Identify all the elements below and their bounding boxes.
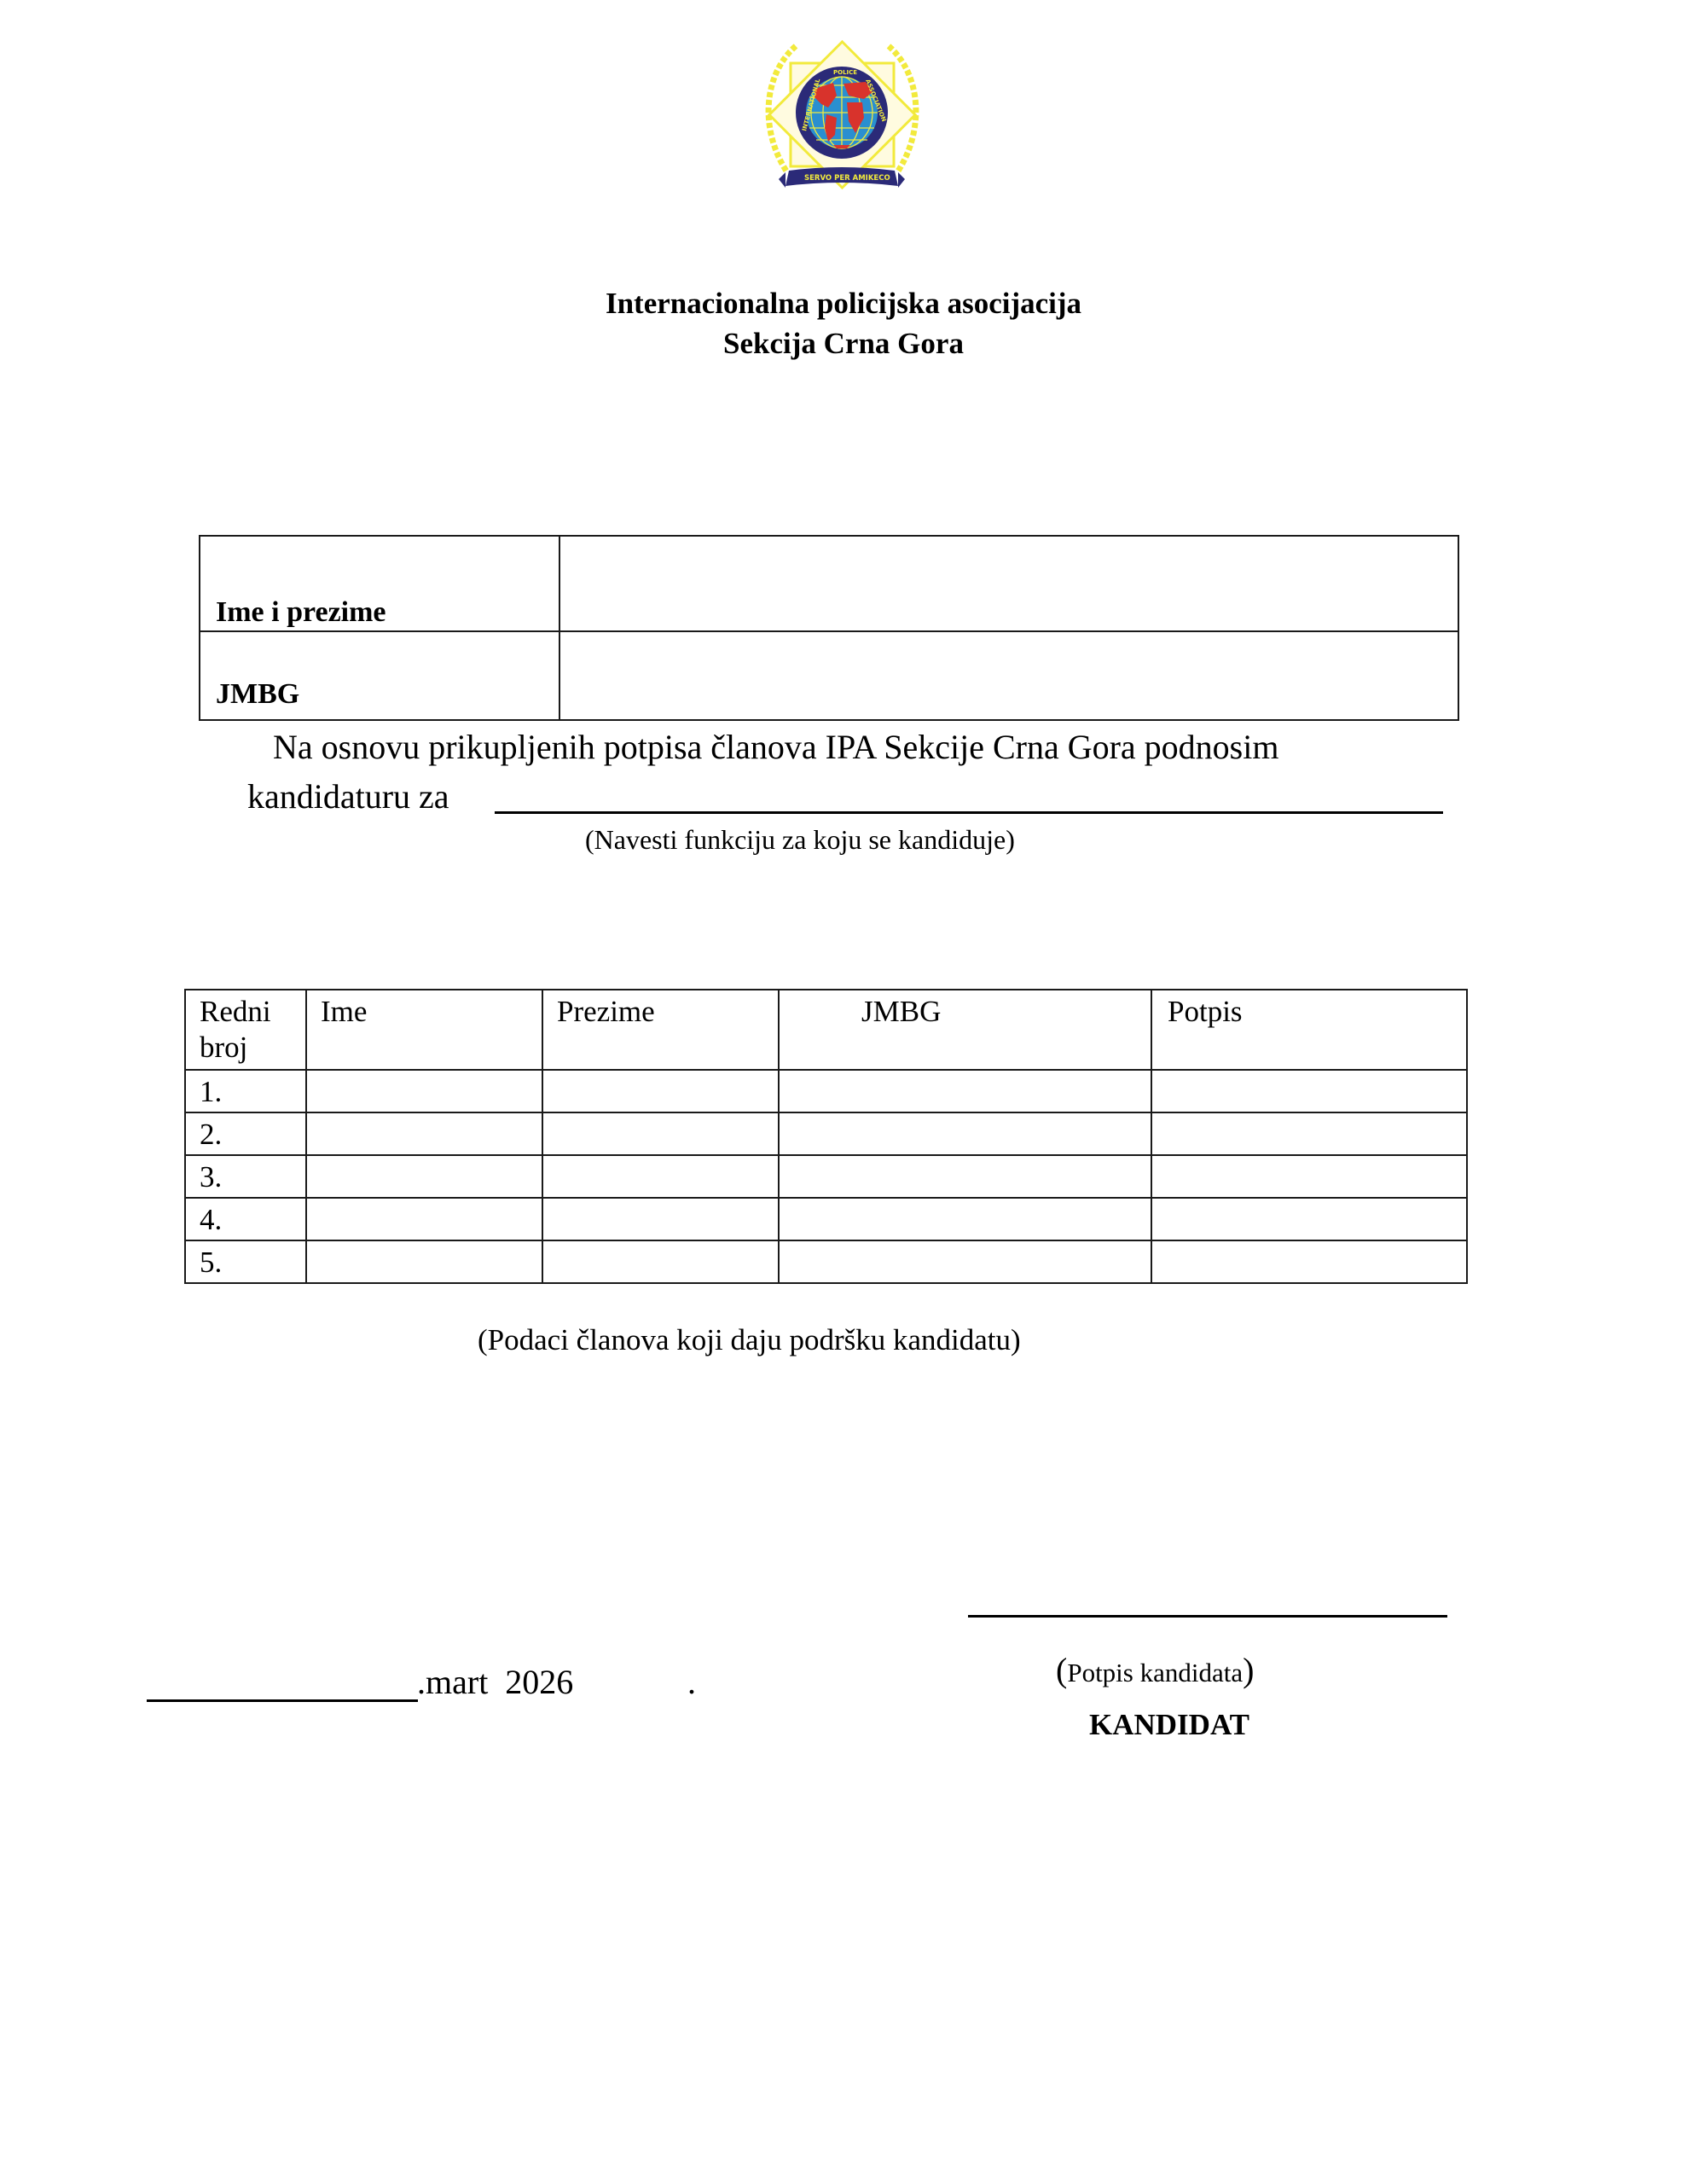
signature-caption-close-paren: ) bbox=[1243, 1651, 1254, 1689]
column-header-no-line2: broj bbox=[200, 1030, 305, 1066]
row-number: 5. bbox=[200, 1241, 305, 1281]
ime-cell bbox=[306, 1240, 542, 1283]
column-header-ime-label: Ime bbox=[307, 990, 542, 1030]
potpis-field[interactable] bbox=[1152, 1071, 1466, 1110]
prezime-field[interactable] bbox=[543, 1113, 778, 1153]
column-header-jmbg: JMBG bbox=[779, 990, 1151, 1070]
ipa-emblem-icon: POLICE INTERNATIONAL ASSOCIATION SERVO P… bbox=[755, 36, 930, 198]
row-number-cell: 3. bbox=[185, 1155, 306, 1198]
date-underline bbox=[147, 1699, 418, 1702]
jmbg-field[interactable] bbox=[780, 1241, 1151, 1281]
ime-field[interactable] bbox=[307, 1199, 542, 1238]
supporters-table-caption: (Podaci članova koji daju podršku kandid… bbox=[478, 1325, 1021, 1355]
ime-cell bbox=[306, 1112, 542, 1155]
ime-field[interactable] bbox=[307, 1156, 542, 1195]
jmbg-field[interactable] bbox=[780, 1113, 1151, 1153]
potpis-cell bbox=[1151, 1198, 1467, 1240]
row-number-cell: 2. bbox=[185, 1112, 306, 1155]
ime-cell bbox=[306, 1155, 542, 1198]
prezime-cell bbox=[542, 1240, 779, 1283]
prezime-cell bbox=[542, 1070, 779, 1112]
function-hint: (Navesti funkciju za koju se kandiduje) bbox=[585, 826, 1015, 853]
date-month-year: .mart 2026 bbox=[417, 1665, 573, 1699]
row-number: 1. bbox=[200, 1071, 305, 1110]
full-name-label: Ime i prezime bbox=[216, 598, 386, 627]
prezime-cell bbox=[542, 1155, 779, 1198]
table-row: 4. bbox=[185, 1198, 1467, 1240]
organization-name: Internacionalna policijska asocijacija bbox=[0, 288, 1687, 318]
ime-cell bbox=[306, 1198, 542, 1240]
column-header-prezime: Prezime bbox=[542, 990, 779, 1070]
jmbg-field[interactable] bbox=[780, 1156, 1151, 1195]
section-name: Sekcija Crna Gora bbox=[0, 328, 1687, 358]
column-header-no-line1: Redni bbox=[200, 990, 305, 1030]
potpis-field[interactable] bbox=[1152, 1113, 1466, 1153]
prezime-field[interactable] bbox=[543, 1156, 778, 1195]
jmbg-field[interactable] bbox=[780, 1199, 1151, 1238]
nomination-statement-line2: kandidaturu za bbox=[247, 780, 449, 814]
potpis-cell bbox=[1151, 1240, 1467, 1283]
ime-field[interactable] bbox=[307, 1113, 542, 1153]
full-name-field[interactable] bbox=[562, 538, 1456, 629]
signature-line[interactable] bbox=[968, 1615, 1447, 1618]
jmbg-cell bbox=[779, 1070, 1151, 1112]
prezime-field[interactable] bbox=[543, 1241, 778, 1281]
ipa-logo: POLICE INTERNATIONAL ASSOCIATION SERVO P… bbox=[755, 36, 930, 198]
signature-caption-text: Potpis kandidata bbox=[1067, 1658, 1243, 1687]
potpis-cell bbox=[1151, 1112, 1467, 1155]
column-header-no: Redni broj bbox=[185, 990, 306, 1070]
row-number: 4. bbox=[200, 1199, 305, 1238]
column-header-ime: Ime bbox=[306, 990, 542, 1070]
ime-field[interactable] bbox=[307, 1241, 542, 1281]
potpis-field[interactable] bbox=[1152, 1241, 1466, 1281]
prezime-cell bbox=[542, 1198, 779, 1240]
potpis-field[interactable] bbox=[1152, 1156, 1466, 1195]
function-underline bbox=[495, 811, 1443, 814]
column-header-potpis: Potpis bbox=[1151, 990, 1467, 1070]
column-header-jmbg-label: JMBG bbox=[780, 990, 1151, 1030]
table-row: 2. bbox=[185, 1112, 1467, 1155]
nomination-statement-line1: Na osnovu prikupljenih potpisa članova I… bbox=[273, 730, 1278, 764]
table-row: 3. bbox=[185, 1155, 1467, 1198]
logo-ring-top-text: POLICE bbox=[833, 69, 857, 76]
prezime-field[interactable] bbox=[543, 1199, 778, 1238]
jmbg-label: JMBG bbox=[216, 680, 299, 709]
jmbg-field[interactable] bbox=[780, 1071, 1151, 1110]
jmbg-cell bbox=[779, 1112, 1151, 1155]
column-header-prezime-label: Prezime bbox=[543, 990, 778, 1030]
signature-caption-open-paren: ( bbox=[1056, 1651, 1067, 1689]
signature-role: KANDIDAT bbox=[1089, 1710, 1249, 1740]
date-day-field[interactable] bbox=[150, 1660, 418, 1698]
table-divider bbox=[559, 537, 560, 719]
row-number-cell: 5. bbox=[185, 1240, 306, 1283]
table-row: 1. bbox=[185, 1070, 1467, 1112]
prezime-field[interactable] bbox=[543, 1071, 778, 1110]
jmbg-cell bbox=[779, 1155, 1151, 1198]
jmbg-field[interactable] bbox=[562, 634, 1456, 719]
potpis-cell bbox=[1151, 1155, 1467, 1198]
supporters-table: Redni broj Ime Prezime JMBG Potpis 1. 2.… bbox=[184, 989, 1468, 1284]
ime-cell bbox=[306, 1070, 542, 1112]
signature-caption: (Potpis kandidata) bbox=[1056, 1653, 1254, 1687]
jmbg-cell bbox=[779, 1198, 1151, 1240]
function-field[interactable] bbox=[498, 775, 1440, 810]
potpis-field[interactable] bbox=[1152, 1199, 1466, 1238]
prezime-cell bbox=[542, 1112, 779, 1155]
candidate-info-table: Ime i prezime JMBG bbox=[199, 535, 1459, 721]
ime-field[interactable] bbox=[307, 1071, 542, 1110]
row-number: 3. bbox=[200, 1156, 305, 1195]
date-trailing-dot: . bbox=[687, 1665, 696, 1699]
column-header-potpis-label: Potpis bbox=[1152, 990, 1466, 1030]
row-number-cell: 4. bbox=[185, 1198, 306, 1240]
table-header-row: Redni broj Ime Prezime JMBG Potpis bbox=[185, 990, 1467, 1070]
table-divider bbox=[200, 630, 1458, 632]
table-row: 5. bbox=[185, 1240, 1467, 1283]
row-number-cell: 1. bbox=[185, 1070, 306, 1112]
row-number: 2. bbox=[200, 1113, 305, 1153]
logo-banner-text: SERVO PER AMIKECO bbox=[804, 174, 890, 183]
potpis-cell bbox=[1151, 1070, 1467, 1112]
jmbg-cell bbox=[779, 1240, 1151, 1283]
